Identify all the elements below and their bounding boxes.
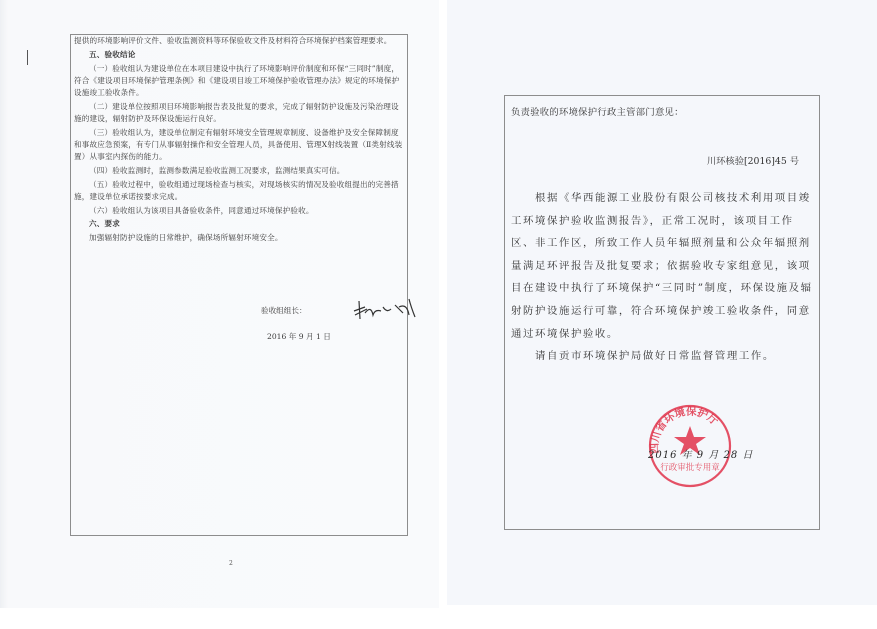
conclusion-item: （三）验收组认为，建设单位制定有辐射环境安全管理规章制度、设备维护及安全保障制度… [74,127,404,164]
page-number: 2 [229,560,233,567]
conclusion-item: （一）验收组认为建设单位在本项目建设中执行了环境影响评价制度和环保“三同时”制度… [74,63,404,100]
section-6-title: 六、要求 [74,218,404,230]
opinion-body: 根据《华西能源工业股份有限公司核技术利用项目竣工环境保护验收监测报告》，正常工况… [511,187,813,368]
conclusion-item: （二）建设单位按照项目环境影响报告表及批复的要求，完成了辐射防护设施及污染治理设… [74,101,404,125]
text-cursor-mark [27,50,28,65]
handwritten-date: 2016 年 9 月 28 日 [648,446,753,461]
signature-date: 2016 年 9 月 1 日 [267,331,331,342]
stamp-inner-text: 行政审批专用章 [660,462,720,473]
acceptance-conclusion-box: 提供的环境影响评价文件、验收监测资料等环保验收文件及材料符合环境保护档案管理要求… [70,34,408,536]
opinion-paragraph: 根据《华西能源工业股份有限公司核技术利用项目竣工环境保护验收监测报告》，正常工况… [511,187,813,345]
opinion-heading: 负责验收的环境保护行政主管部门意见： [511,104,813,118]
conclusion-item: （六）验收组认为该项目具备验收条件，同意通过环境保护验收。 [74,205,404,217]
continuation-text: 提供的环境影响评价文件、验收监测资料等环保验收文件及材料符合环境保护档案管理要求… [74,35,404,47]
section-5-title: 五、验收结论 [74,49,404,61]
signature-label: 验收组组长： [261,305,307,316]
right-document-page: 负责验收的环境保护行政主管部门意见： 川环核验[2016]45 号 根据《华西能… [447,0,877,605]
left-document-page: 提供的环境影响评价文件、验收监测资料等环保验收文件及材料符合环境保护档案管理要求… [0,0,439,608]
opinion-paragraph: 请自贡市环境保护局做好日常监督管理工作。 [511,345,813,368]
conclusion-item: （五）验收过程中，验收组通过现场检查与核实，对现场核实的情况及验收组提出的完善措… [74,179,404,203]
conclusion-item: （四）验收监测时，监测参数满足验收监测工况要求，监测结果真实可信。 [74,165,404,177]
document-number: 川环核验[2016]45 号 [707,153,799,167]
requirement-text: 加强辐射防护设施的日常维护，确保场所辐射环境安全。 [74,232,404,244]
left-page-body: 提供的环境影响评价文件、验收监测资料等环保验收文件及材料符合环境保护档案管理要求… [74,35,404,244]
handwritten-signature [351,293,421,323]
authority-opinion-box: 负责验收的环境保护行政主管部门意见： 川环核验[2016]45 号 根据《华西能… [504,95,820,530]
